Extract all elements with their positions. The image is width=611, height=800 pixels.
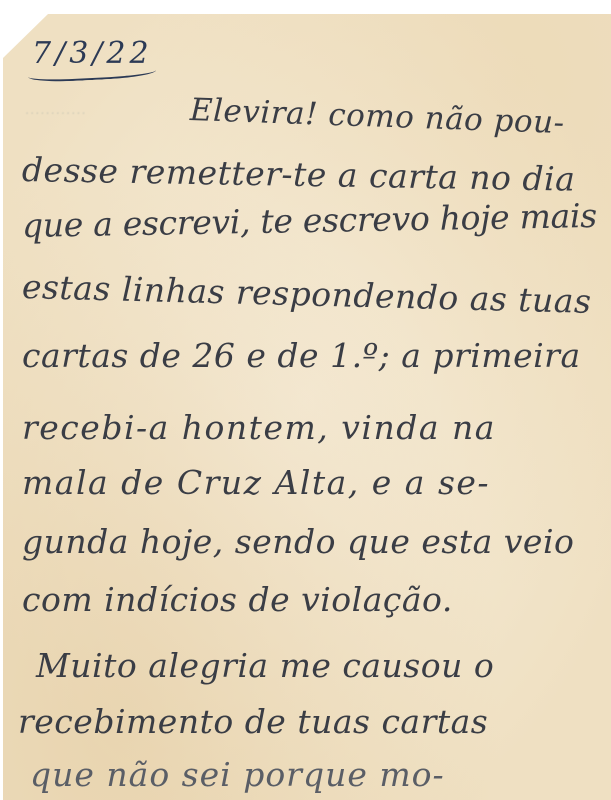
letter-page: ............ 7/3/22 Elevira! como não po… (0, 0, 611, 800)
letter-line-12: que não sei porque mo- (30, 755, 445, 794)
letter-line-7: mala de Cruz Alta, e a se- (22, 463, 490, 502)
letter-line-8: gunda hoje, sendo que esta veio (22, 522, 574, 561)
letter-line-3: que a escrevi, te escrevo hoje mais (22, 196, 597, 245)
letter-line-2: desse remetter-te a carta no dia (22, 150, 576, 199)
letter-line-4: estas linhas respondendo as tuas (21, 267, 591, 321)
letter-line-6: recebi-a hontem, vinda na (22, 408, 496, 447)
bleed-through-text: ............ (25, 103, 87, 118)
letter-line-11: recebimento de tuas cartas (18, 702, 488, 741)
letter-line-9: com indícios de violação. (22, 580, 453, 619)
letter-line-5: cartas de 26 e de 1.º; a primeira (22, 336, 581, 375)
letter-line-1: Elevira! como não pou- (189, 92, 565, 141)
letter-line-10: Muito alegria me causou o (36, 646, 494, 685)
